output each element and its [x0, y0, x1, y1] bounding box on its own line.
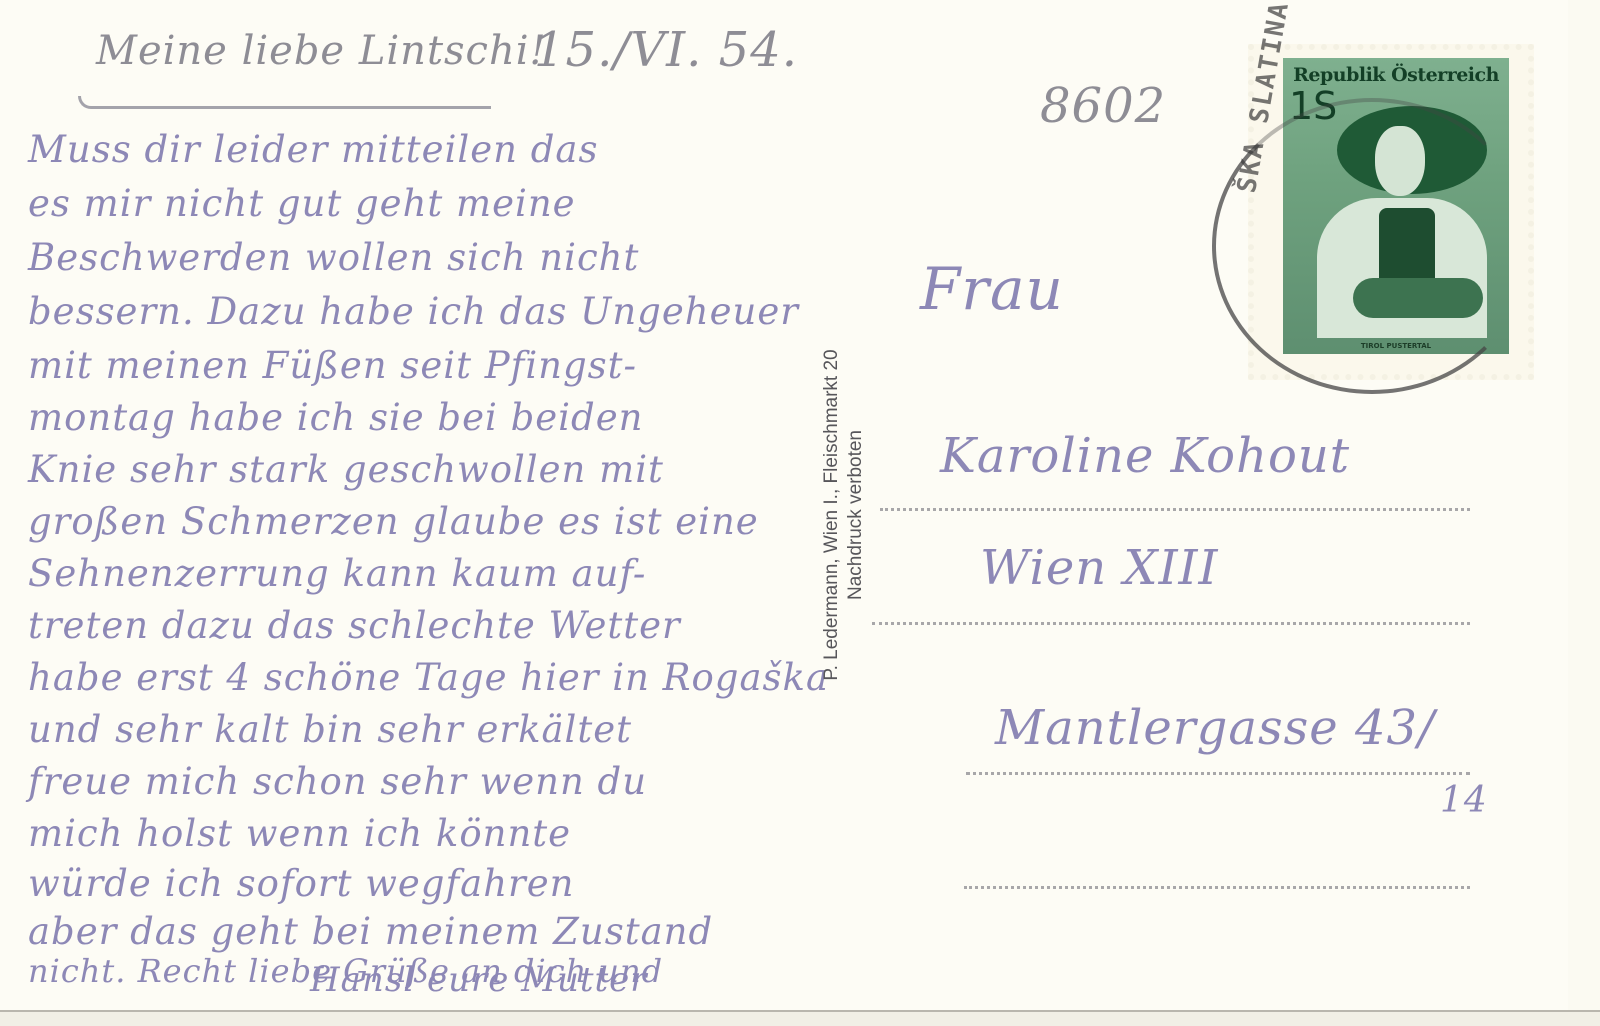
- message-line: mich holst wenn ich könnte: [28, 812, 571, 855]
- address-line-4: [964, 886, 1470, 889]
- publisher-line: Nachdruck verboten: [844, 250, 868, 780]
- scan-edge-bottom: [0, 1010, 1600, 1026]
- message-line: bessern. Dazu habe ich das Ungeheuer: [28, 290, 799, 333]
- message-line: mit meinen Füßen seit Pfingst-: [28, 344, 637, 387]
- message-date: 15./VI. 54.: [534, 22, 798, 78]
- stamp-country: Republik Österreich: [1287, 64, 1505, 86]
- message-line: und sehr kalt bin sehr erkältet: [28, 708, 632, 751]
- message-line: Muss dir leider mitteilen das: [28, 128, 598, 171]
- message-line: habe erst 4 schöne Tage hier in Rogaška: [28, 656, 829, 699]
- message-line: aber das geht bei meinem Zustand: [28, 910, 713, 953]
- greeting-underline: [78, 96, 491, 109]
- message-line: Beschwerden wollen sich nicht: [28, 236, 639, 279]
- message-line: Sehnenzerrung kann kaum auf-: [28, 552, 646, 595]
- address-name: Karoline Kohout: [940, 428, 1350, 484]
- address-street: Mantlergasse 43/: [995, 700, 1435, 756]
- address-line-2: [872, 622, 1470, 625]
- archive-number: 8602: [1040, 78, 1166, 134]
- message-line: treten dazu das schlechte Wetter: [28, 604, 681, 647]
- message-line: Knie sehr stark geschwollen mit: [28, 448, 664, 491]
- postcard-back: Meine liebe Lintschi! 15./VI. 54. Muss d…: [0, 0, 1568, 1010]
- message-line: würde ich sofort wegfahren: [28, 862, 574, 905]
- address-unit: 14: [1440, 780, 1488, 821]
- message-line: es mir nicht gut geht meine: [28, 182, 576, 225]
- address-line-3: [966, 772, 1470, 775]
- address-salutation: Frau: [920, 255, 1064, 323]
- publisher-line: P. Ledermann, Wien I., Fleischmarkt 20: [820, 250, 844, 780]
- message-closing: Hansl eure Mutter: [310, 960, 648, 1000]
- publisher-imprint: P. Ledermann, Wien I., Fleischmarkt 20 N…: [820, 250, 868, 780]
- message-line: montag habe ich sie bei beiden: [28, 396, 643, 439]
- address-city: Wien XIII: [980, 540, 1218, 596]
- message-line: freue mich schon sehr wenn du: [28, 760, 647, 803]
- address-line-1: [880, 508, 1470, 511]
- greeting: Meine liebe Lintschi!: [96, 28, 547, 74]
- message-line: großen Schmerzen glaube es ist eine: [28, 500, 759, 543]
- scan-edge-right: [1568, 0, 1600, 1026]
